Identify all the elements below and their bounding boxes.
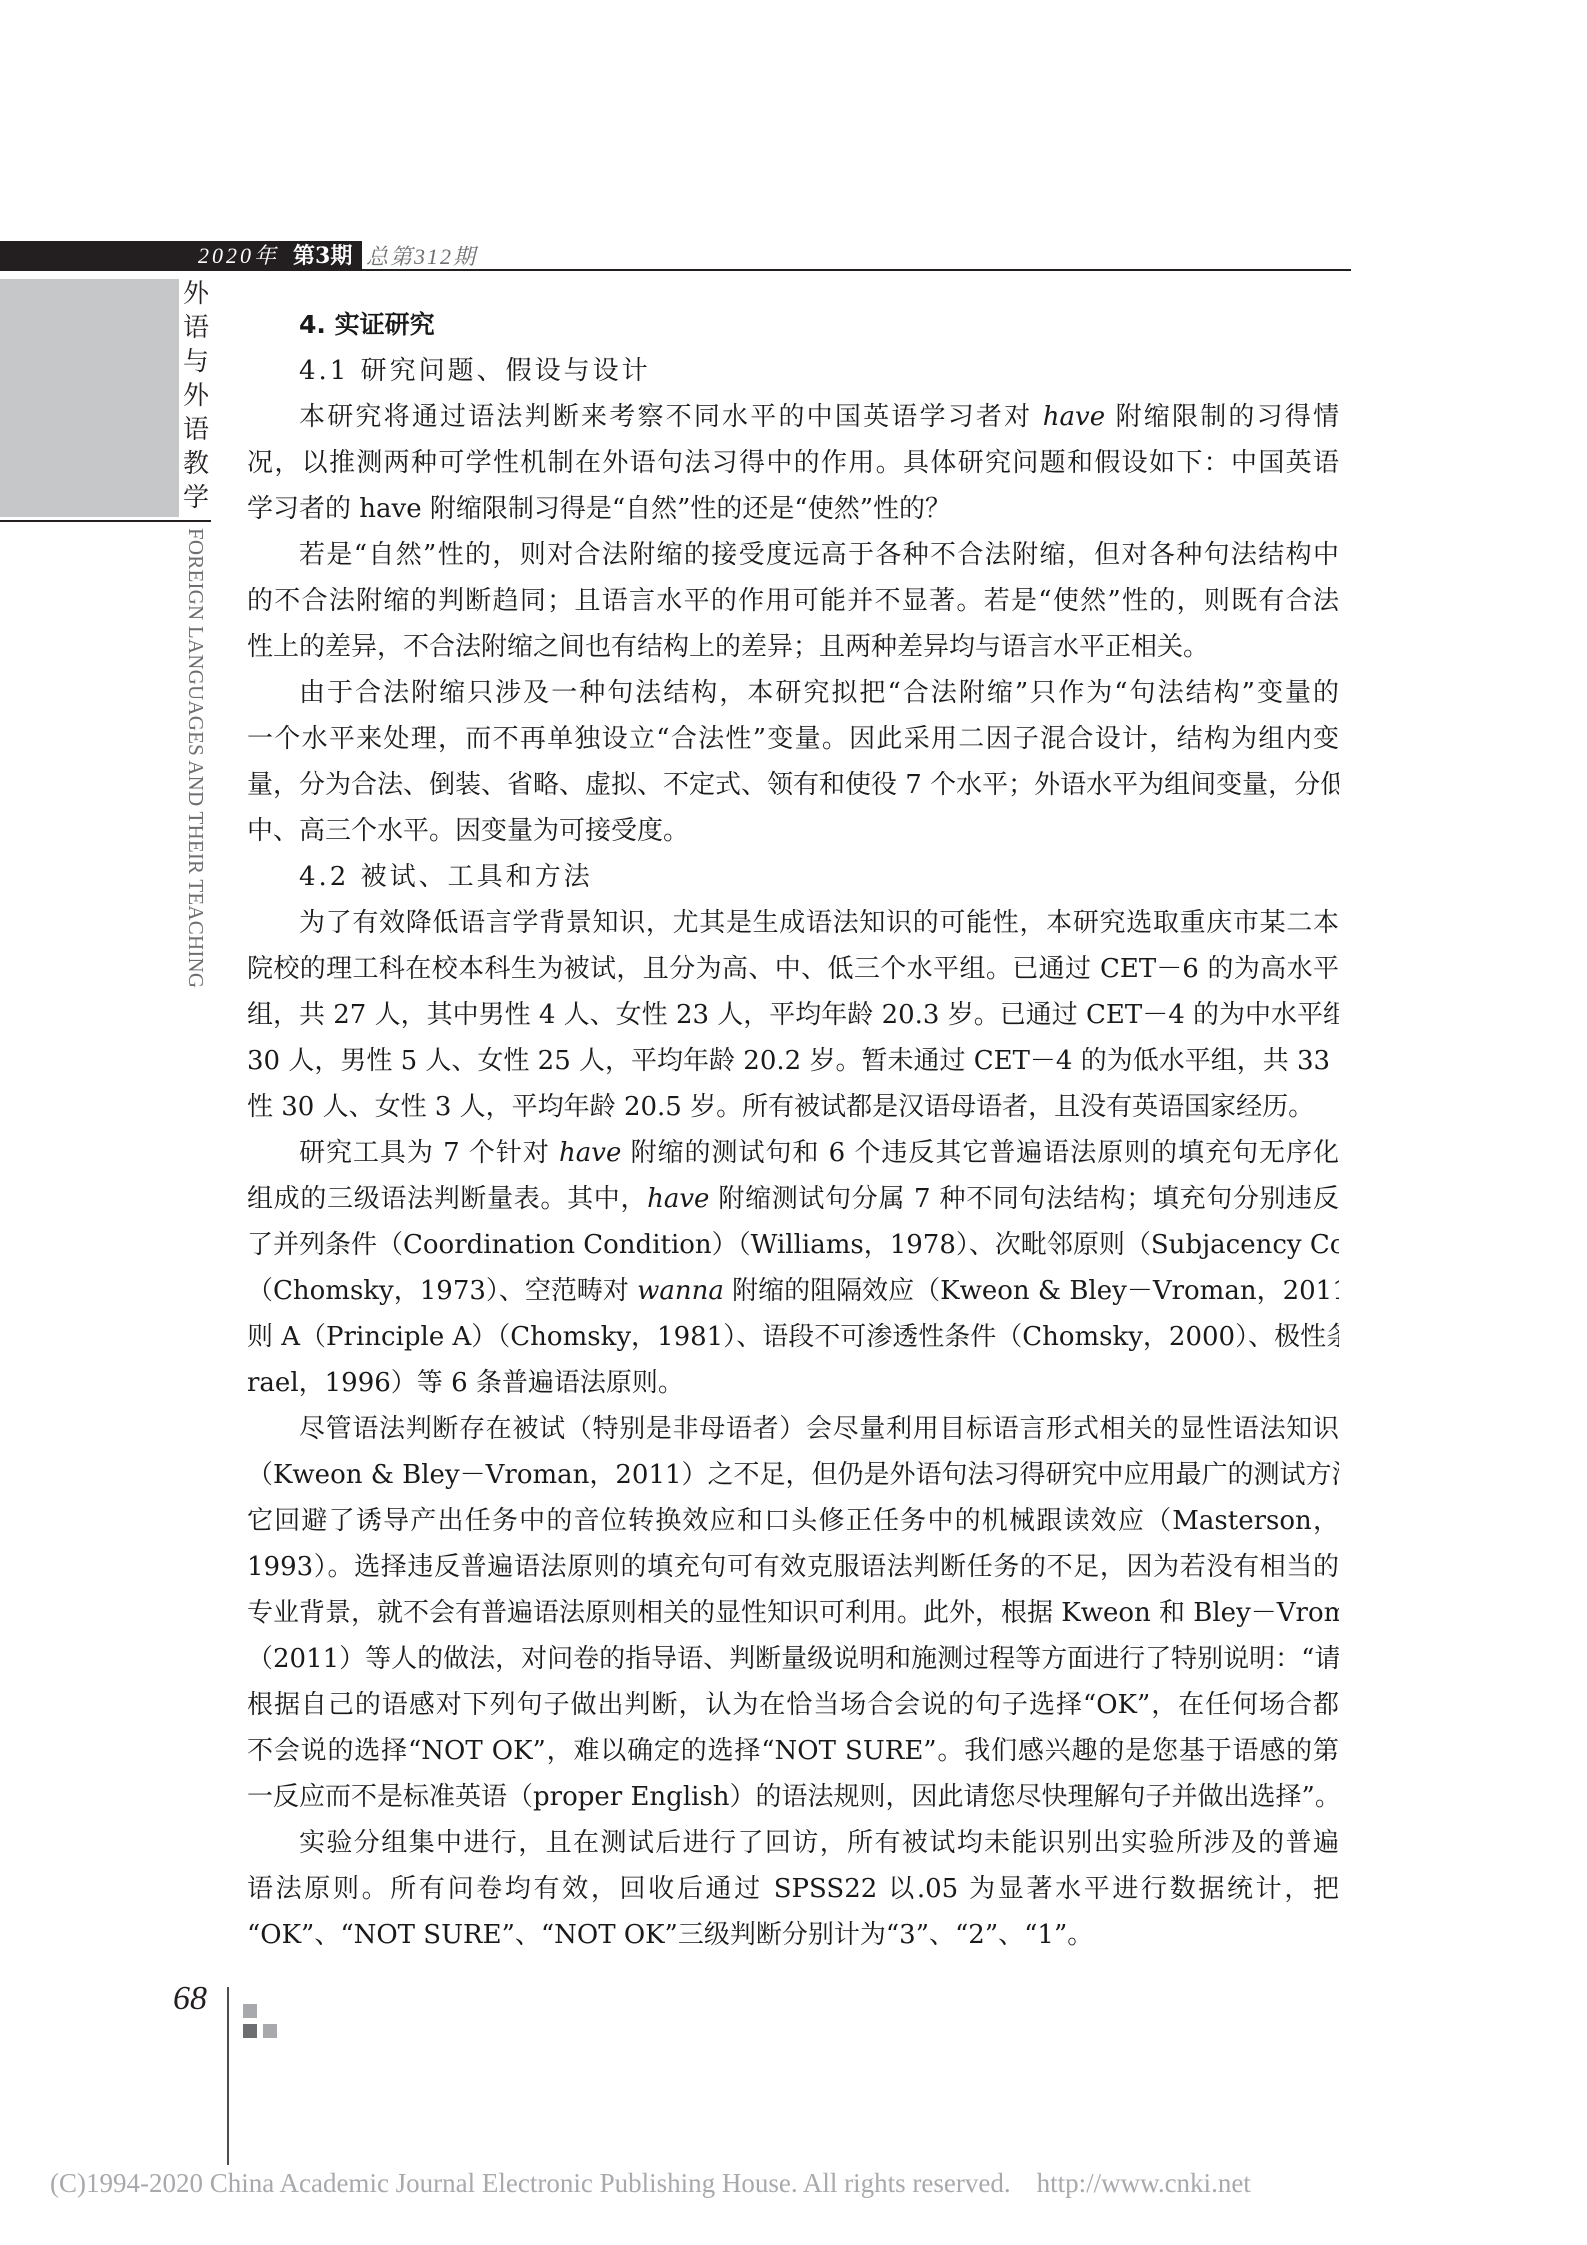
- text-line: 院校的理工科在校本科生为被试，且分为高、中、低三个水平组。已通过 CET－6 的…: [247, 946, 1339, 992]
- copyright-notice: (C)1994-2020 China Academic Journal Elec…: [50, 2168, 1251, 2199]
- text-line: 性上的差异，不合法附缩之间也有结构上的差异；且两种差异均与语言水平正相关。: [247, 624, 1339, 670]
- header-total-issue-text: 总第312期: [366, 244, 477, 269]
- text-line: 若是“自然”性的，则对合法附缩的接受度远高于各种不合法附缩，但对各种句法结构中: [247, 532, 1339, 578]
- text-line: 为了有效降低语言学背景知识，尤其是生成语法知识的可能性，本研究选取重庆市某二本: [247, 900, 1339, 946]
- text-line: “OK”、“NOT SURE”、“NOT OK”三级判断分别计为“3”、“2”、…: [247, 1912, 1339, 1958]
- text-line: 况，以推测两种可学性机制在外语句法习得中的作用。具体研究问题和假设如下：中国英语: [247, 440, 1339, 486]
- section-heading: 4. 实证研究: [247, 302, 1339, 348]
- journal-title-char: 语: [181, 311, 211, 345]
- journal-title-char: 语: [181, 413, 211, 447]
- text-line: 1993）。选择违反普遍语法原则的填充句可有效克服语法判断任务的不足，因为若没有…: [247, 1544, 1339, 1590]
- copyright-text: (C)1994-2020 China Academic Journal Elec…: [50, 2168, 1011, 2198]
- text-line: 了并列条件（Coordination Condition）（Williams，1…: [247, 1222, 1339, 1268]
- text-line: 研究工具为 7 个针对 have 附缩的测试句和 6 个违反其它普遍语法原则的填…: [247, 1130, 1339, 1176]
- italic-term: have: [1043, 402, 1105, 432]
- sidebar-rule: [0, 520, 211, 522]
- text-line: rael，1996）等 6 条普遍语法原则。: [247, 1360, 1339, 1406]
- sidebar-gray-block: [0, 279, 179, 517]
- text-line: 它回避了诱导产出任务中的音位转换效应和口头修正任务中的机械跟读效应（Master…: [247, 1498, 1339, 1544]
- journal-title-char: 外: [181, 379, 211, 413]
- journal-title-zh: 外 语 与 外 语 教 学: [181, 277, 211, 515]
- journal-title-en: FOREIGN LANGUAGES AND THEIR TEACHING: [183, 528, 209, 1078]
- text-line: 的不合法附缩的判断趋同；且语言水平的作用可能并不显著。若是“使然”性的，则既有合…: [247, 578, 1339, 624]
- italic-term: have: [647, 1184, 709, 1214]
- text-line: 专业背景，就不会有普遍语法原则相关的显性知识可利用。此外，根据 Kweon 和 …: [247, 1590, 1339, 1636]
- text-line: 一个水平来处理，而不再单独设立“合法性”变量。因此采用二因子混合设计，结构为组内…: [247, 716, 1339, 762]
- header-year: 2020年: [198, 243, 279, 268]
- text-line: 性 30 人、女性 3 人，平均年龄 20.5 岁。所有被试都是汉语母语者，且没…: [247, 1084, 1339, 1130]
- footer-vertical-rule: [227, 1987, 229, 2165]
- subsection-heading: 4.1 研究问题、假设与设计: [247, 348, 1339, 394]
- page-number: 68: [173, 1980, 207, 2018]
- text-line: 实验分组集中进行，且在测试后进行了回访，所有被试均未能识别出实验所涉及的普遍: [247, 1820, 1339, 1866]
- text-line: 组成的三级语法判断量表。其中，have 附缩测试句分属 7 种不同句法结构；填充…: [247, 1176, 1339, 1222]
- italic-term: wanna: [637, 1276, 724, 1306]
- text-line: 语法原则。所有问卷均有效，回收后通过 SPSS22 以.05 为显著水平进行数据…: [247, 1866, 1339, 1912]
- text-line: 学习者的 have 附缩限制习得是“自然”性的还是“使然”性的？: [247, 486, 1339, 532]
- text-line: （Chomsky，1973）、空范畴对 wanna 附缩的阻隔效应（Kweon …: [247, 1268, 1339, 1314]
- text-line: 由于合法附缩只涉及一种句法结构，本研究拟把“合法附缩”只作为“句法结构”变量的: [247, 670, 1339, 716]
- text-line: 量，分为合法、倒装、省略、虚拟、不定式、领有和使役 7 个水平；外语水平为组间变…: [247, 762, 1339, 808]
- subsection-heading: 4.2 被试、工具和方法: [247, 854, 1339, 900]
- text-line: 则 A（Principle A）（Chomsky，1981）、语段不可渗透性条件…: [247, 1314, 1339, 1360]
- header-rule: [0, 269, 1351, 271]
- header-issue: 第3期: [293, 243, 352, 269]
- journal-title-char: 外: [181, 277, 211, 311]
- text-line: 尽管语法判断存在被试（特别是非母语者）会尽量利用目标语言形式相关的显性语法知识: [247, 1406, 1339, 1452]
- italic-term: have: [559, 1138, 621, 1168]
- text-line: （Kweon & Bley－Vroman，2011）之不足，但仍是外语句法习得研…: [247, 1452, 1339, 1498]
- text-line: 本研究将通过语法判断来考察不同水平的中国英语学习者对 have 附缩限制的习得情: [247, 394, 1339, 440]
- cnki-url: http://www.cnki.net: [1037, 2168, 1251, 2198]
- header-total-issue: 总第312期: [366, 241, 477, 270]
- article-body: 4. 实证研究4.1 研究问题、假设与设计本研究将通过语法判断来考察不同水平的中…: [247, 302, 1339, 1958]
- journal-title-char: 与: [181, 345, 211, 379]
- text-line: 一反应而不是标准英语（proper English）的语法规则，因此请您尽快理解…: [247, 1774, 1339, 1820]
- header-issue-info: 2020年第3期: [198, 241, 352, 270]
- journal-title-char: 教: [181, 447, 211, 481]
- journal-title-char: 学: [181, 481, 211, 515]
- text-line: （2011）等人的做法，对问卷的指导语、判断量级说明和施测过程等方面进行了特别说…: [247, 1636, 1339, 1682]
- text-line: 30 人，男性 5 人、女性 25 人，平均年龄 20.2 岁。暂未通过 CET…: [247, 1038, 1339, 1084]
- text-line: 不会说的选择“NOT OK”，难以确定的选择“NOT SURE”。我们感兴趣的是…: [247, 1728, 1339, 1774]
- text-line: 中、高三个水平。因变量为可接受度。: [247, 808, 1339, 854]
- decorative-square-icon: [243, 2004, 257, 2018]
- decorative-square-icon: [243, 2024, 257, 2038]
- text-line: 组，共 27 人，其中男性 4 人、女性 23 人，平均年龄 20.3 岁。已通…: [247, 992, 1339, 1038]
- decorative-square-icon: [263, 2024, 277, 2038]
- text-line: 根据自己的语感对下列句子做出判断，认为在恰当场合会说的句子选择“OK”，在任何场…: [247, 1682, 1339, 1728]
